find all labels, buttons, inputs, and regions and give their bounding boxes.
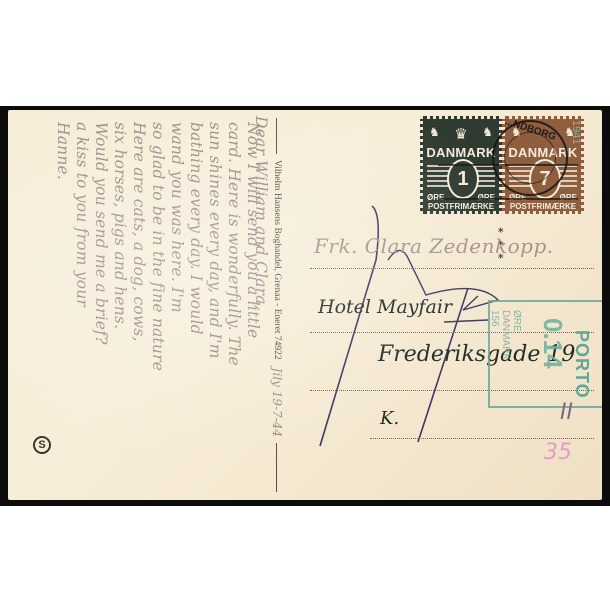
postmark-bar <box>438 164 578 166</box>
postcard-back: Now I will send you a little card. Here … <box>8 110 602 500</box>
stamp-label: POSTFRIMÆRKE <box>505 202 581 211</box>
porto-small-text: ØRE DANMARK 156 <box>489 310 522 360</box>
partial-cancel-text: 1941 <box>570 120 582 144</box>
postmark-bar <box>438 198 578 200</box>
address-rule <box>310 268 594 269</box>
message-line: so glad to be in the fine nature <box>148 122 167 492</box>
crown-icon: ♛ <box>423 125 499 143</box>
message-line: wand you was here. I'm <box>167 122 186 492</box>
message-line: card. Here is wonderfully. The <box>224 122 243 492</box>
message-line: sun shines every day, and I'm <box>205 122 224 492</box>
porto-value: 0.14 <box>537 318 568 369</box>
address-district: K. <box>380 408 399 429</box>
address-recipient: Frk. Clara Zedenkopp. <box>314 234 554 258</box>
divider-rule <box>277 443 278 492</box>
publisher-divider: Vilhelm Hansens Boghandel, Grenaa - Ener… <box>262 118 292 492</box>
message-line: Here are cats, a dog, cows, <box>129 122 148 492</box>
address-rule <box>370 438 594 439</box>
stamp-country: DANMARK <box>423 145 499 160</box>
publisher-imprint: Vilhelm Hansens Boghandel, Grenaa - Ener… <box>272 160 282 360</box>
message-line: six horses, pigs and hens. <box>110 122 129 492</box>
pencil-mark-number: 35 <box>544 440 572 465</box>
stamp-label: POSTFRIMÆRKE <box>423 202 499 211</box>
publisher-logo-icon: S <box>33 436 51 454</box>
message-line: bathing every day. I would <box>186 122 205 492</box>
message-line: a kiss to you from your <box>72 122 91 492</box>
pencil-mark-roman: II <box>560 400 573 425</box>
message-date: Jily 19-7-44 <box>270 368 284 437</box>
porto-label: PORTO <box>571 330 592 399</box>
message-line: Hanne. <box>53 122 72 492</box>
postmark-cancel: ...NDBORG * * * <box>492 120 568 196</box>
message-area: Now I will send you a little card. Here … <box>22 122 262 492</box>
message-line: Would you send me a brief? <box>91 122 110 492</box>
divider-rule <box>277 118 278 154</box>
address-hotel: Hotel Mayfair <box>318 296 452 318</box>
